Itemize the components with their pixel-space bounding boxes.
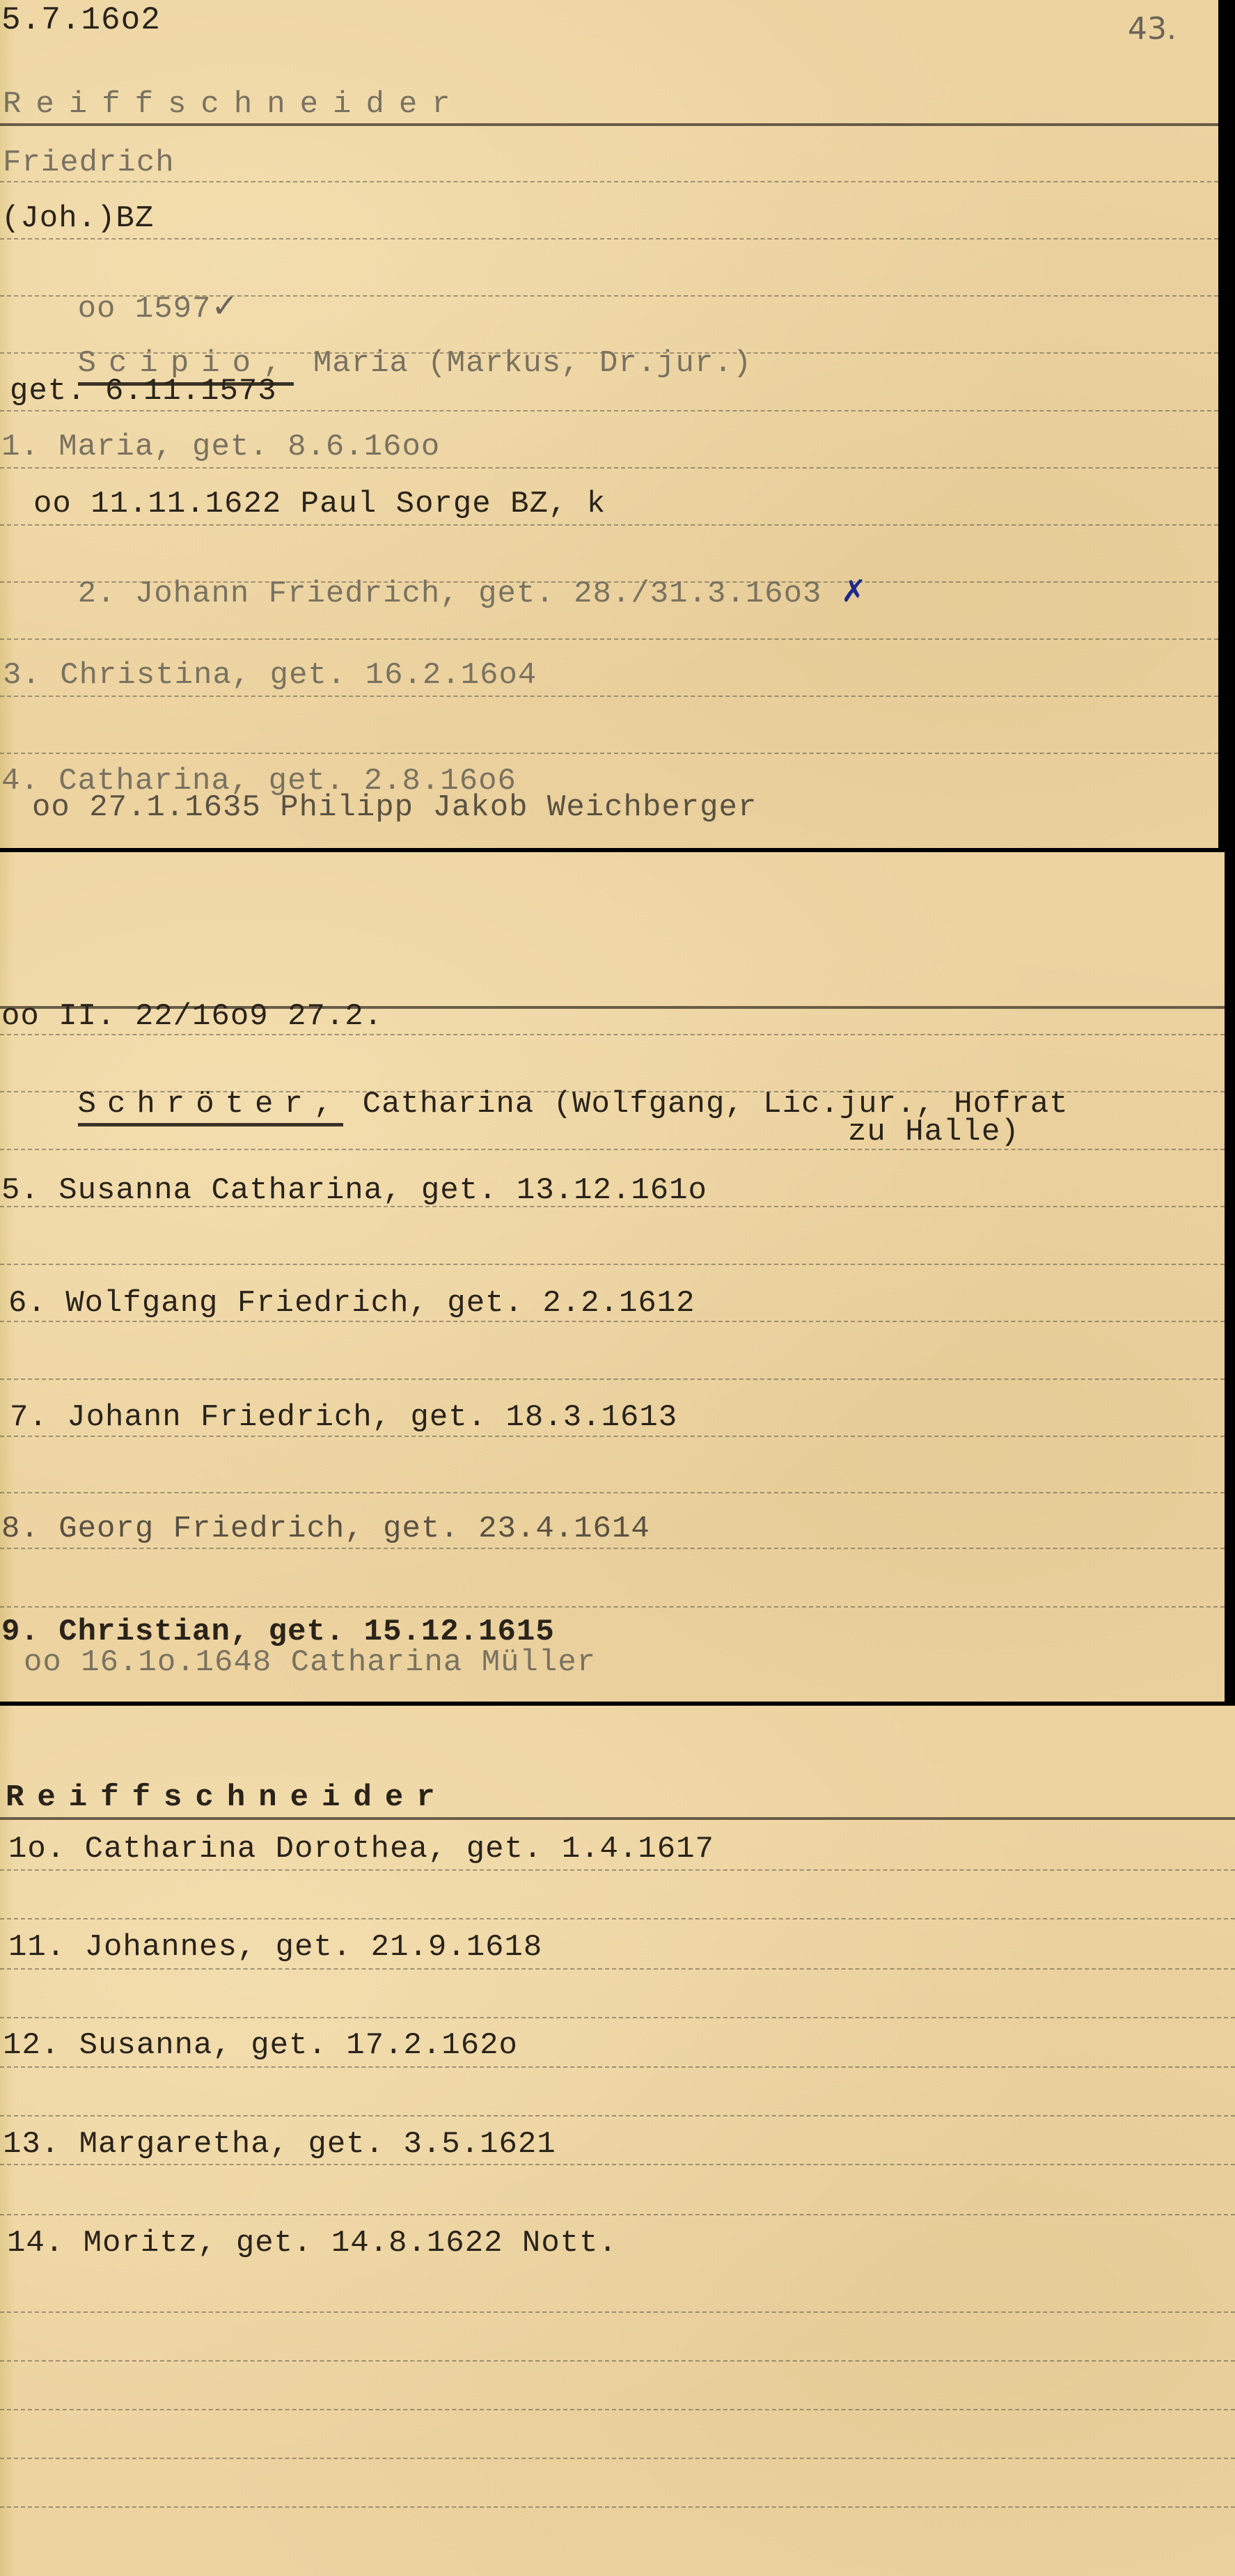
rule [0,1379,1225,1380]
rule [0,2164,1235,2165]
rule [0,1492,1225,1493]
rule [0,1321,1225,1322]
rule [0,2115,1235,2116]
rule [0,181,1218,182]
child-text: 2. Johann Friedrich, get. 28./31.3.16o3 [78,576,822,611]
spouse-details-cont: zu Halle) [848,1117,1020,1147]
child-entry: 9. Christian, get. 15.12.1615 [1,1617,555,1647]
rule [0,123,1218,126]
child-marriage: oo 16.1o.1648 Catharina Müller [24,1647,596,1678]
rule [0,1869,1235,1871]
rule [0,2017,1235,2018]
child-entry: 14. Moritz, get. 14.8.1622 Nott. [7,2228,617,2259]
rule [0,2311,1235,2313]
child-entry: 13. Margaretha, get. 3.5.1621 [3,2129,556,2160]
index-card-2: oo II. 22/16o9 27.2. Schröter, Catharina… [0,852,1225,1702]
father-note: (Joh.)BZ [1,203,154,234]
rule [0,2458,1235,2459]
rule [0,753,1218,754]
index-card-3: Reiffschneider 1o. Catharina Dorothea, g… [0,1706,1235,2576]
rule [0,2409,1235,2410]
rule [0,410,1218,411]
given-name: Friedrich [3,148,175,178]
rule [0,1264,1225,1265]
child-marriage: oo 11.11.1622 Paul Sorge BZ, k [33,489,606,519]
rule [0,1548,1225,1549]
date-header: 5.7.16o2 [1,4,161,36]
spouse-details: Maria (Markus, Dr.jur.) [294,346,752,381]
rule [0,696,1218,697]
rule [0,2506,1235,2508]
cross-mark-icon: ✗ [841,574,867,609]
child-entry: 8. Georg Friedrich, get. 23.4.1614 [1,1514,650,1544]
rule [0,524,1218,526]
rule [0,1606,1225,1608]
rule [0,467,1218,469]
index-card-1: 5.7.16o2 43. Reiffschneider Friedrich (J… [0,0,1218,848]
rule [0,2360,1235,2362]
child-entry: 7. Johann Friedrich, get. 18.3.1613 [10,1402,677,1433]
rule [0,238,1218,239]
child-entry: 12. Susanna, get. 17.2.162o [3,2030,518,2061]
rule [0,2214,1235,2215]
child-entry: 1. Maria, get. 8.6.16oo [1,432,440,462]
spouse-surname: Schröter, [78,1087,344,1126]
rule [0,1817,1235,1820]
surname: Reiffschneider [3,89,465,120]
second-marriage: oo II. 22/16o9 27.2. [1,1001,383,1032]
child-entry: 6. Wolfgang Friedrich, get. 2.2.1612 [8,1288,695,1319]
spouse-baptism: get. 6.11.1573 [10,376,277,407]
surname: Reiffschneider [6,1782,448,1813]
rule [0,1034,1225,1035]
rule [0,1968,1235,1970]
child-entry: 1o. Catharina Dorothea, get. 1.4.1617 [8,1834,714,1864]
child-marriage: oo 27.1.1635 Philipp Jakob Weichberger [32,792,757,823]
rule [0,2066,1235,2068]
page-number: 43. [1128,11,1177,47]
child-entry: 2. Johann Friedrich, get. 28./31.3.16o3 … [1,546,867,640]
child-entry: 5. Susanna Catharina, get. 13.12.161o [1,1175,707,1206]
rule [0,1918,1235,1919]
rule [0,1436,1225,1437]
child-entry: 11. Johannes, get. 21.9.1618 [8,1932,542,1963]
child-entry: 3. Christina, get. 16.2.16o4 [3,660,537,691]
